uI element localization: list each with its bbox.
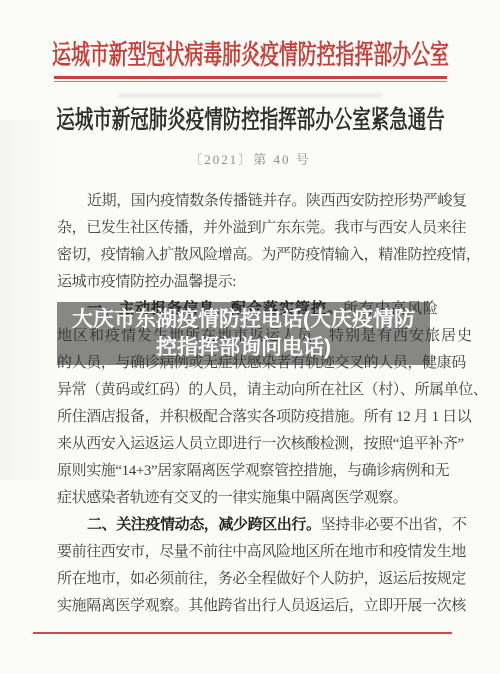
caption-overlay: 大庆市东湖疫情防控电话(大庆疫情防 控指挥部询问电话) — [57, 302, 430, 365]
body-text-line: 症状感染者轨迹有交叉的一律实施集中隔离医学观察。 — [57, 485, 457, 512]
document-body: 近期，国内疫情数条传播链并存。陕西西安防控形势严峻复杂，已发生社区传播，并外溢到… — [57, 188, 457, 620]
document-title-text: 运城市新冠肺炎疫情防控指挥部办公室紧急通告 — [56, 100, 445, 136]
bottom-red-rule — [33, 632, 452, 634]
banner-rule-thin — [54, 81, 447, 82]
body-text-line: 异常（黄码或红码）的人员，请主动向所在社区（村）、所属单位、 — [57, 377, 457, 404]
letterhead-banner: 运城市新型冠状病毒肺炎疫情防控指挥部办公室 — [0, 30, 500, 74]
body-text-line: 实施隔离医学观察。其他跨省出行人员返运后，立即开展一次核 — [57, 593, 457, 620]
body-text-line: 来从西安入运返运人员立即进行一次核酸检测，按照“追平补齐” — [57, 431, 457, 458]
caption-overlay-line1: 大庆市东湖疫情防控电话(大庆疫情防 — [72, 306, 415, 334]
body-text-line: 所住酒店报备，并积极配合落实各项防疫措施。所有 12 月 1 日以 — [57, 404, 457, 431]
caption-overlay-line2: 控指挥部询问电话) — [156, 334, 331, 362]
letterhead-banner-title: 运城市新型冠状病毒肺炎疫情防控指挥部办公室 — [52, 33, 449, 72]
banner-rule-thick — [54, 76, 447, 79]
scan-smudge-line — [118, 94, 382, 97]
scan-shadow — [0, 120, 60, 480]
body-text-line: 所在地市，如必须前往，务必全程做好个人防护，返运后按规定 — [57, 566, 457, 593]
body-text-line: 近期，国内疫情数条传播链并存。陕西西安防控形势严峻复 — [57, 188, 457, 215]
body-text-line: 原则实施“14+3”居家隔离医学观察管控措施，与确诊病例和无 — [57, 458, 457, 485]
body-text-line: 二、关注疫情动态，减少跨区出行。坚持非必要不出省，不 — [57, 512, 457, 539]
body-text-line: 密切，疫情输入扩散风险增高。为严防疫情输入，精准防控疫情， — [57, 242, 457, 269]
body-text-line: 运城市疫情防控办温馨提示: — [57, 269, 457, 296]
scanned-notice-page: 运城市新型冠状病毒肺炎疫情防控指挥部办公室 运城市新冠肺炎疫情防控指挥部办公室紧… — [0, 0, 500, 674]
body-text-line: 杂，已发生社区传播，并外溢到广东东莞。我市与西安人员来往 — [57, 215, 457, 242]
body-text-line: 要前往西安市，尽量不前往中高风险地区所在地市和疫情发生地 — [57, 539, 457, 566]
document-title: 运城市新冠肺炎疫情防控指挥部办公室紧急通告 — [0, 101, 500, 135]
document-number: 〔2021〕第 40 号 — [0, 149, 500, 168]
